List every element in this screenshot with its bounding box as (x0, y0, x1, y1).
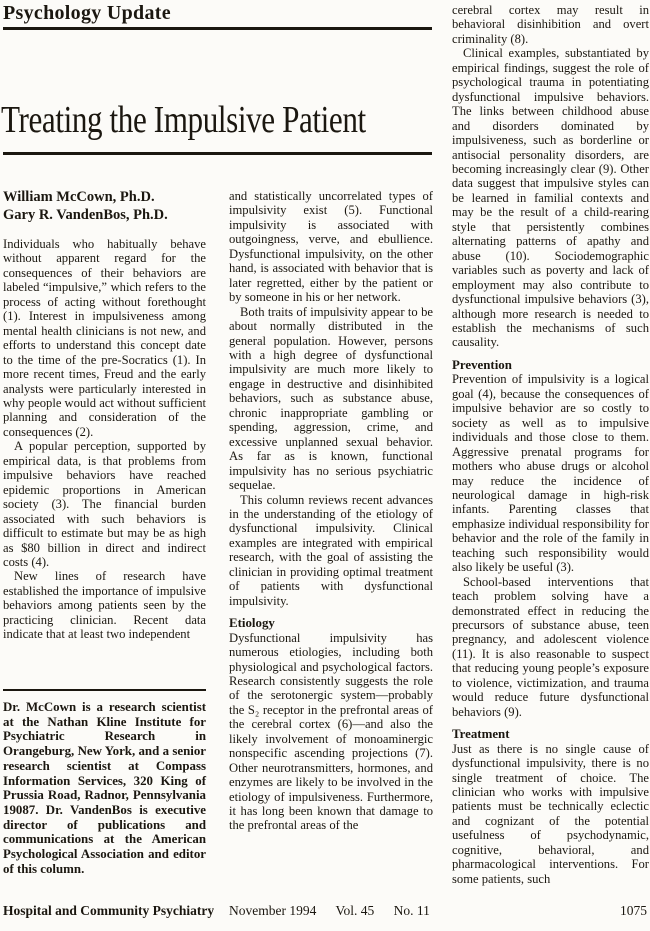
paragraph: Clinical examples, substantiated by empi… (452, 46, 649, 350)
title-rule (3, 152, 432, 155)
paragraph: Prevention of impulsivity is a logical g… (452, 372, 649, 574)
paragraph: Both traits of impulsivity appear to be … (229, 305, 433, 493)
paragraph: This column reviews recent advances in t… (229, 493, 433, 609)
footer-volume: Vol. 45 (336, 903, 375, 918)
journal-page: Psychology Update Treating the Impulsive… (0, 0, 650, 931)
column-3: cerebral cortex may result in behavioral… (452, 3, 649, 886)
footer-issue-info: November 1994 Vol. 45 No. 11 (229, 903, 446, 919)
column-1: William McCown, Ph.D. Gary R. VandenBos,… (3, 189, 206, 642)
paragraph: Just as there is no single cause of dysf… (452, 742, 649, 887)
article-title: Treating the Impulsive Patient (1, 98, 366, 142)
paragraph: and statistically uncorrelated types of … (229, 189, 433, 305)
footer-journal-name: Hospital and Community Psychiatry (3, 903, 214, 919)
author-name-1: William McCown, Ph.D. (3, 189, 206, 207)
header-rule (3, 27, 432, 30)
paragraph: Dysfunctional impulsivity has numerous e… (229, 631, 433, 833)
column-1-body: Individuals who habitually behave withou… (3, 237, 206, 642)
paragraph: New lines of research have established t… (3, 569, 206, 641)
paragraph: A popular perception, supported by empir… (3, 439, 206, 569)
author-names: William McCown, Ph.D. Gary R. VandenBos,… (3, 189, 206, 224)
author-name-2: Gary R. VandenBos, Ph.D. (3, 207, 206, 225)
paragraph: Individuals who habitually behave withou… (3, 237, 206, 439)
footer-issue-number: No. 11 (394, 903, 430, 918)
section-heading: Etiology (229, 616, 433, 630)
column-2: and statistically uncorrelated types of … (229, 189, 433, 833)
section-heading: Treatment (452, 727, 649, 741)
paragraph: School-based interventions that teach pr… (452, 575, 649, 720)
author-bio: Dr. McCown is a research scientist at th… (3, 689, 206, 876)
section-kicker: Psychology Update (3, 2, 171, 25)
footer-page-number: 1075 (620, 903, 647, 919)
paragraph: cerebral cortex may result in behavioral… (452, 3, 649, 46)
footer-issue-date: November 1994 (229, 903, 316, 918)
section-heading: Prevention (452, 358, 649, 372)
